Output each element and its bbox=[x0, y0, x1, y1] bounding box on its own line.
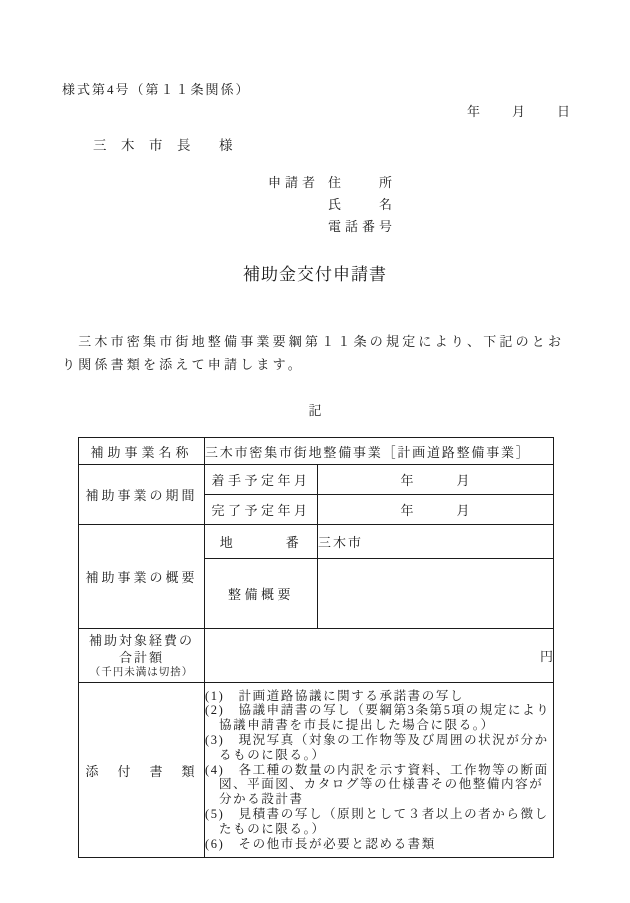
attachment-item: (5) 見積書の写し（原則として３者以上の者から徴したものに限る。） bbox=[205, 807, 553, 837]
table-row-period-start: 補助事業の期間 着手予定年月 年 月 bbox=[79, 465, 554, 495]
period-start-value: 年 月 bbox=[318, 465, 554, 495]
expense-label: 補助対象経費の 合計額 （千円未満は切捨） bbox=[79, 629, 205, 683]
lot-number-value: 三木市 bbox=[318, 525, 554, 559]
document-page: 様式第4号（第１１条関係） 年 月 日 三 木 市 長 様 申請者 住 所 氏 … bbox=[0, 0, 630, 903]
attachment-item: (2) 協議申請書の写し（要綱第3条第5項の規定により協議申請書を市長に提出した… bbox=[205, 703, 553, 733]
attachment-item: (3) 現況写真（対象の工作物等及び周囲の状況が分かるものに限る。） bbox=[205, 733, 553, 763]
summary-value bbox=[318, 559, 554, 629]
project-name-value: 三木市密集市街地整備事業［計画道路整備事業］ bbox=[205, 438, 554, 465]
applicant-label: 申請者 bbox=[268, 172, 319, 238]
expense-value-yen: 円 bbox=[205, 629, 554, 683]
table-row-lot-number: 補助事業の概要 地 番 三木市 bbox=[79, 525, 554, 559]
applicant-phone-label: 電話番号 bbox=[328, 216, 396, 238]
form-number: 様式第4号（第１１条関係） bbox=[62, 79, 251, 98]
project-name-label: 補助事業名称 bbox=[79, 438, 205, 465]
applicant-block: 申請者 住 所 氏 名 電話番号 bbox=[268, 172, 396, 238]
body-paragraph: 三木市密集市街地整備事業要綱第１１条の規定により、下記のとおり関係書類を添えて申… bbox=[62, 331, 571, 376]
attachment-item: (4) 各工種の数量の内訳を示す資料、工作物等の断面図、平面図、カタログ等の仕様… bbox=[205, 763, 553, 807]
ki-marker: 記 bbox=[0, 400, 630, 419]
period-end-value: 年 月 bbox=[318, 495, 554, 525]
expense-label-line1: 補助対象経費の bbox=[79, 632, 204, 649]
applicant-name-label: 氏 名 bbox=[328, 194, 396, 216]
attachments-label: 添 付 書 類 bbox=[79, 683, 205, 858]
date-line: 年 月 日 bbox=[467, 101, 572, 120]
expense-label-line2: 合計額 bbox=[79, 649, 204, 666]
attachments-list: (1) 計画道路協議に関する承諾書の写し(2) 協議申請書の写し（要綱第3条第5… bbox=[205, 683, 554, 858]
lot-number-label: 地 番 bbox=[205, 525, 318, 559]
expense-label-note: （千円未満は切捨） bbox=[79, 666, 204, 680]
table-row-project-name: 補助事業名称 三木市密集市街地整備事業［計画道路整備事業］ bbox=[79, 438, 554, 465]
table-row-expense: 補助対象経費の 合計額 （千円未満は切捨） 円 bbox=[79, 629, 554, 683]
period-start-label: 着手予定年月 bbox=[205, 465, 318, 495]
attachment-item: (6) その他市長が必要と認める書類 bbox=[205, 837, 553, 852]
summary-label: 整備概要 bbox=[205, 559, 318, 629]
applicant-address-label: 住 所 bbox=[328, 172, 396, 194]
period-end-label: 完了予定年月 bbox=[205, 495, 318, 525]
document-title: 補助金交付申請書 bbox=[0, 260, 630, 285]
addressee-line: 三 木 市 長 様 bbox=[93, 134, 233, 154]
application-table: 補助事業名称 三木市密集市街地整備事業［計画道路整備事業］ 補助事業の期間 着手… bbox=[78, 437, 554, 858]
attachment-item: (1) 計画道路協議に関する承諾書の写し bbox=[205, 689, 553, 704]
outline-label: 補助事業の概要 bbox=[79, 525, 205, 629]
applicant-fields: 住 所 氏 名 電話番号 bbox=[328, 172, 396, 238]
table-row-attachments: 添 付 書 類 (1) 計画道路協議に関する承諾書の写し(2) 協議申請書の写し… bbox=[79, 683, 554, 858]
period-label: 補助事業の期間 bbox=[79, 465, 205, 525]
